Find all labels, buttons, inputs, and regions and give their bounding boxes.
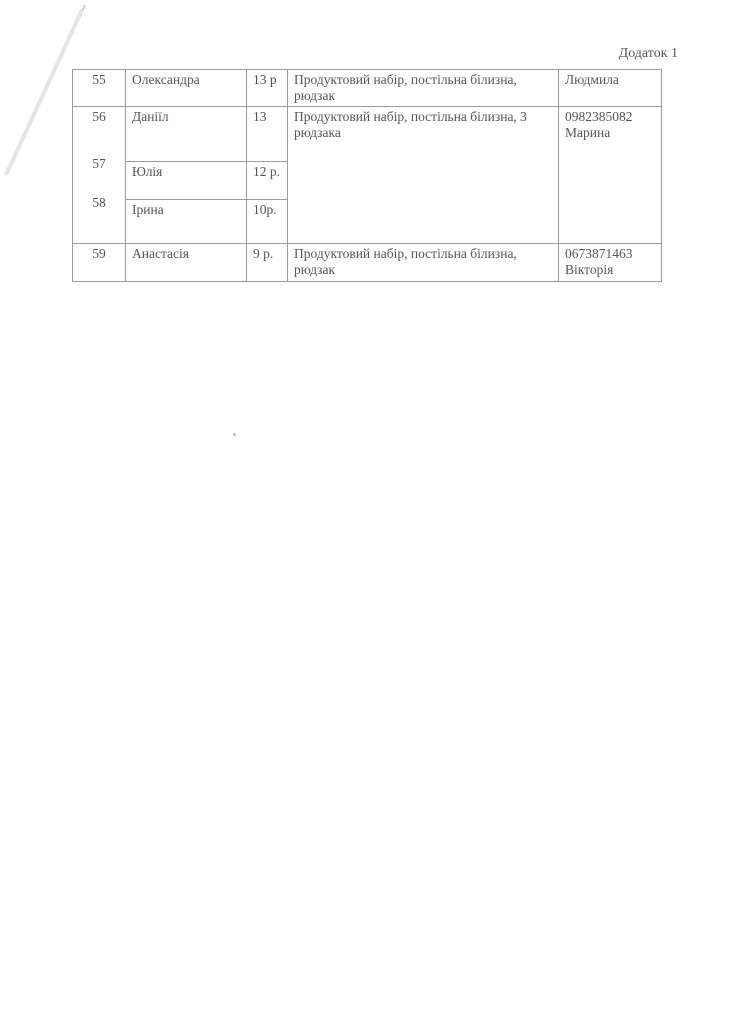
child-name: Олександра bbox=[126, 70, 247, 107]
table-row: 59 Анастасія 9 р. Продуктовий набір, пос… bbox=[73, 244, 662, 282]
child-name: Даніїл bbox=[126, 107, 247, 162]
recipients-table: 55 Олександра 13 р Продуктовий набір, по… bbox=[72, 69, 662, 282]
table-row: 56 57 58 Даніїл 13 Продуктовий набір, по… bbox=[73, 107, 662, 162]
child-age: 13 bbox=[247, 107, 288, 162]
row-number: 56 bbox=[77, 109, 121, 125]
child-age: 9 р. bbox=[247, 244, 288, 282]
table-row: 55 Олександра 13 р Продуктовий набір, по… bbox=[73, 70, 662, 107]
child-age: 13 р bbox=[247, 70, 288, 107]
row-number: 59 bbox=[73, 244, 126, 282]
contact: 0673871463 Вікторія bbox=[559, 244, 662, 282]
row-number: 55 bbox=[73, 70, 126, 107]
items: Продуктовий набір, постільна білизна, рю… bbox=[288, 244, 559, 282]
child-age: 12 р. bbox=[247, 161, 288, 199]
child-age: 10р. bbox=[247, 199, 288, 243]
row-number: 57 bbox=[77, 156, 121, 172]
child-name: Юлія bbox=[126, 161, 247, 199]
contact: Людмила bbox=[559, 70, 662, 107]
items: Продуктовий набір, постільна білизна, 3 … bbox=[288, 107, 559, 244]
child-name: Анастасія bbox=[126, 244, 247, 282]
row-number: 58 bbox=[77, 195, 121, 211]
child-name: Ірина bbox=[126, 199, 247, 243]
annex-label: Додаток 1 bbox=[619, 46, 678, 62]
contact: 0982385082 Марина bbox=[559, 107, 662, 244]
row-numbers-merged: 56 57 58 bbox=[73, 107, 126, 244]
scan-speck bbox=[233, 433, 236, 436]
items: Продуктовий набір, постільна білизна, рю… bbox=[288, 70, 559, 107]
